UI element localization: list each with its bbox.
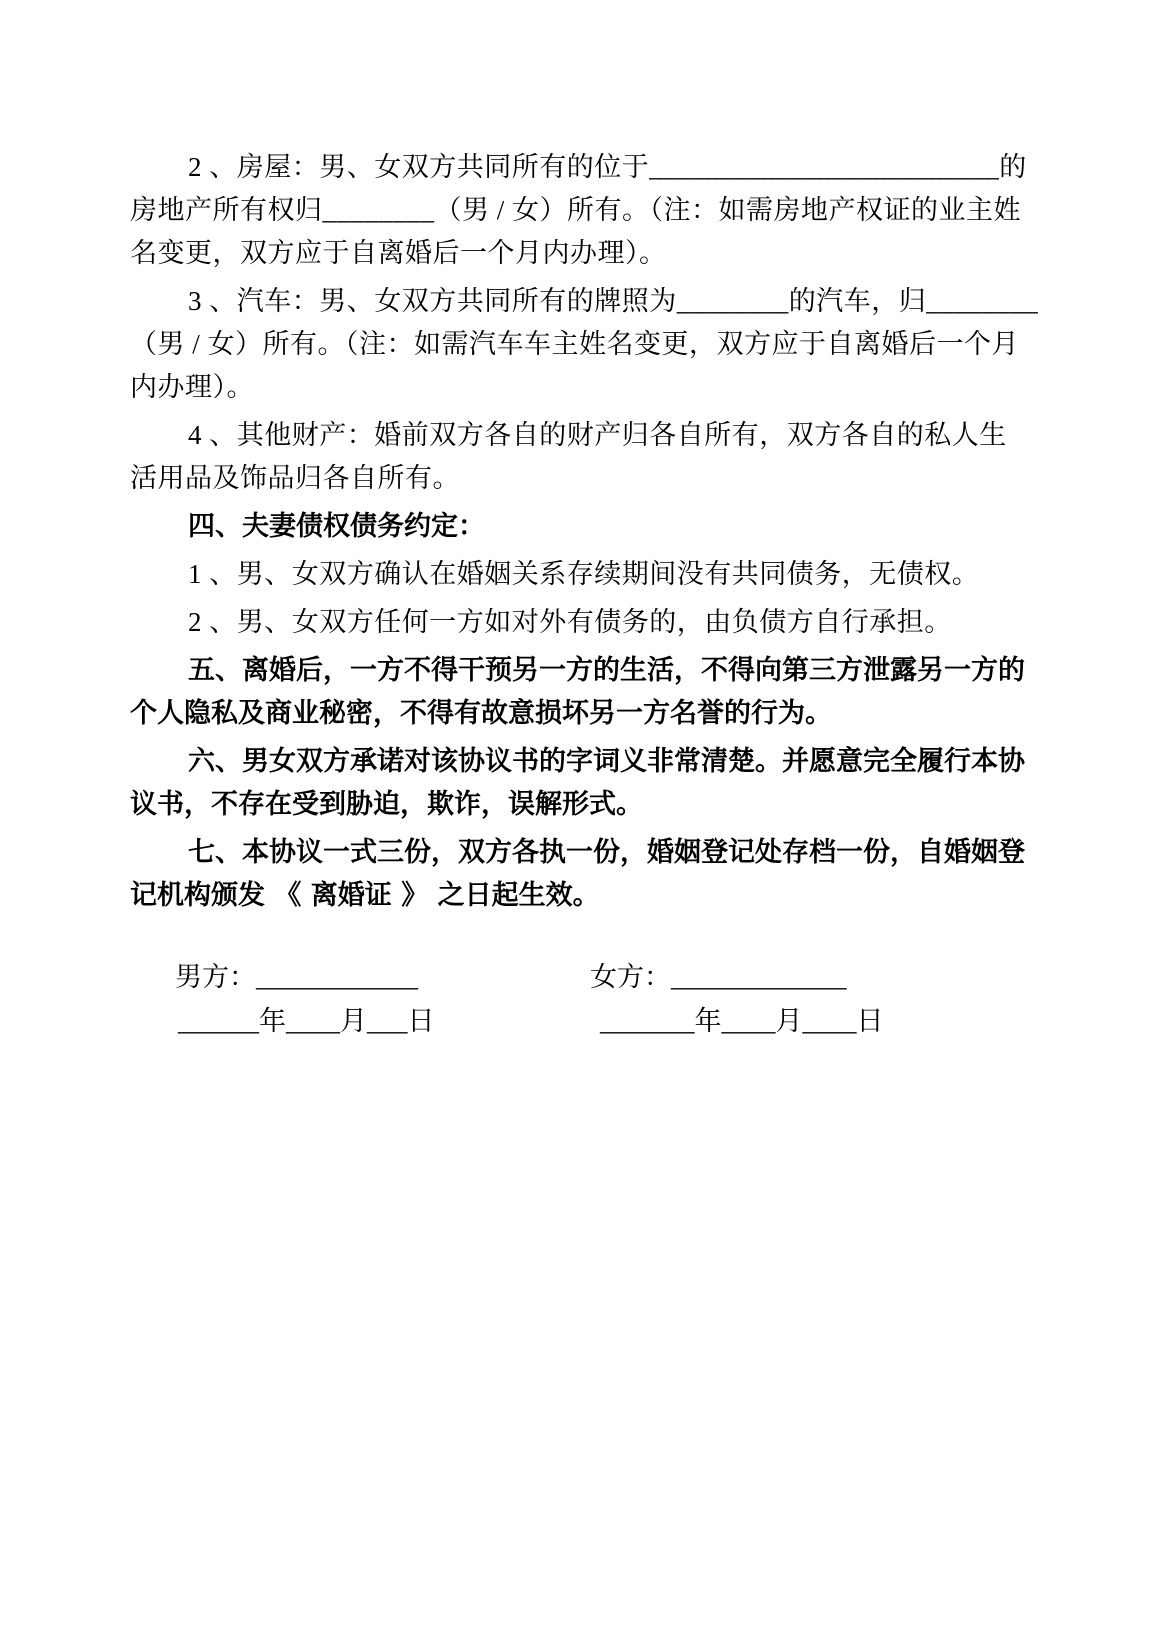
male-signature-line: 男方：____________ <box>175 955 590 999</box>
female-date-line: _______年____月____日 <box>600 999 884 1043</box>
signature-row: 男方：____________ 女方：_____________ <box>130 955 1040 999</box>
document-page: 2 、房屋：男、女双方共同所有的位于______________________… <box>0 0 1167 1651</box>
document-line: 七、本协议一式三份，双方各执一份，婚姻登记处存档一份，自婚姻登 <box>130 831 1040 874</box>
document-line: 3 、汽车：男、女双方共同所有的牌照为________的汽车，归________ <box>130 280 1040 323</box>
document-line: 个人隐私及商业秘密，不得有故意损坏另一方名誉的行为。 <box>130 692 1040 735</box>
heading-debt-agreement: 四、夫妻债权债务约定： <box>130 505 1040 548</box>
document-line: （男 / 女）所有。（注：如需汽车车主姓名变更，双方应于自离婚后一个月 <box>130 323 1040 366</box>
female-signature-line: 女方：_____________ <box>590 955 847 999</box>
male-date-line: ______年____月___日 <box>178 999 590 1043</box>
date-row: ______年____月___日 _______年____月____日 <box>130 999 1040 1043</box>
document-line: 4 、其他财产：婚前双方各自的财产归各自所有，双方各自的私人生 <box>130 414 1040 457</box>
document-line: 六、男女双方承诺对该协议书的字词义非常清楚。并愿意完全履行本协 <box>130 740 1040 783</box>
clause-other-property: 4 、其他财产：婚前双方各自的财产归各自所有，双方各自的私人生 活用品及饰品归各… <box>130 414 1040 500</box>
document-line: 1 、男、女双方确认在婚姻关系存续期间没有共同债务，无债权。 <box>130 553 1040 596</box>
document-line: 2 、男、女双方任何一方如对外有债务的，由负债方自行承担。 <box>130 601 1040 644</box>
document-line: 记机构颁发 《 离婚证 》 之日起生效。 <box>130 874 1040 917</box>
document-line: 议书，不存在受到胁迫，欺诈，误解形式。 <box>130 783 1040 826</box>
document-line: 名变更，双方应于自离婚后一个月内办理）。 <box>130 232 1040 275</box>
clause-car: 3 、汽车：男、女双方共同所有的牌照为________的汽车，归________… <box>130 280 1040 409</box>
document-line: 内办理）。 <box>130 366 1040 409</box>
document-line: 2 、房屋：男、女双方共同所有的位于______________________… <box>130 146 1040 189</box>
debt-item-1: 1 、男、女双方确认在婚姻关系存续期间没有共同债务，无债权。 <box>130 553 1040 596</box>
clause-copies-effectiveness: 七、本协议一式三份，双方各执一份，婚姻登记处存档一份，自婚姻登 记机构颁发 《 … <box>130 831 1040 917</box>
debt-item-2: 2 、男、女双方任何一方如对外有债务的，由负债方自行承担。 <box>130 601 1040 644</box>
document-line: 五、离婚后，一方不得干预另一方的生活，不得向第三方泄露另一方的 <box>130 649 1040 692</box>
clause-consent: 六、男女双方承诺对该协议书的字词义非常清楚。并愿意完全履行本协 议书，不存在受到… <box>130 740 1040 826</box>
document-line: 房地产所有权归________（男 / 女）所有。（注：如需房地产权证的业主姓 <box>130 189 1040 232</box>
document-line: 活用品及饰品归各自所有。 <box>130 457 1040 500</box>
signature-block: 男方：____________ 女方：_____________ ______年… <box>130 955 1040 1043</box>
clause-housing: 2 、房屋：男、女双方共同所有的位于______________________… <box>130 146 1040 275</box>
section-heading: 四、夫妻债权债务约定： <box>130 505 1040 548</box>
clause-privacy: 五、离婚后，一方不得干预另一方的生活，不得向第三方泄露另一方的 个人隐私及商业秘… <box>130 649 1040 735</box>
